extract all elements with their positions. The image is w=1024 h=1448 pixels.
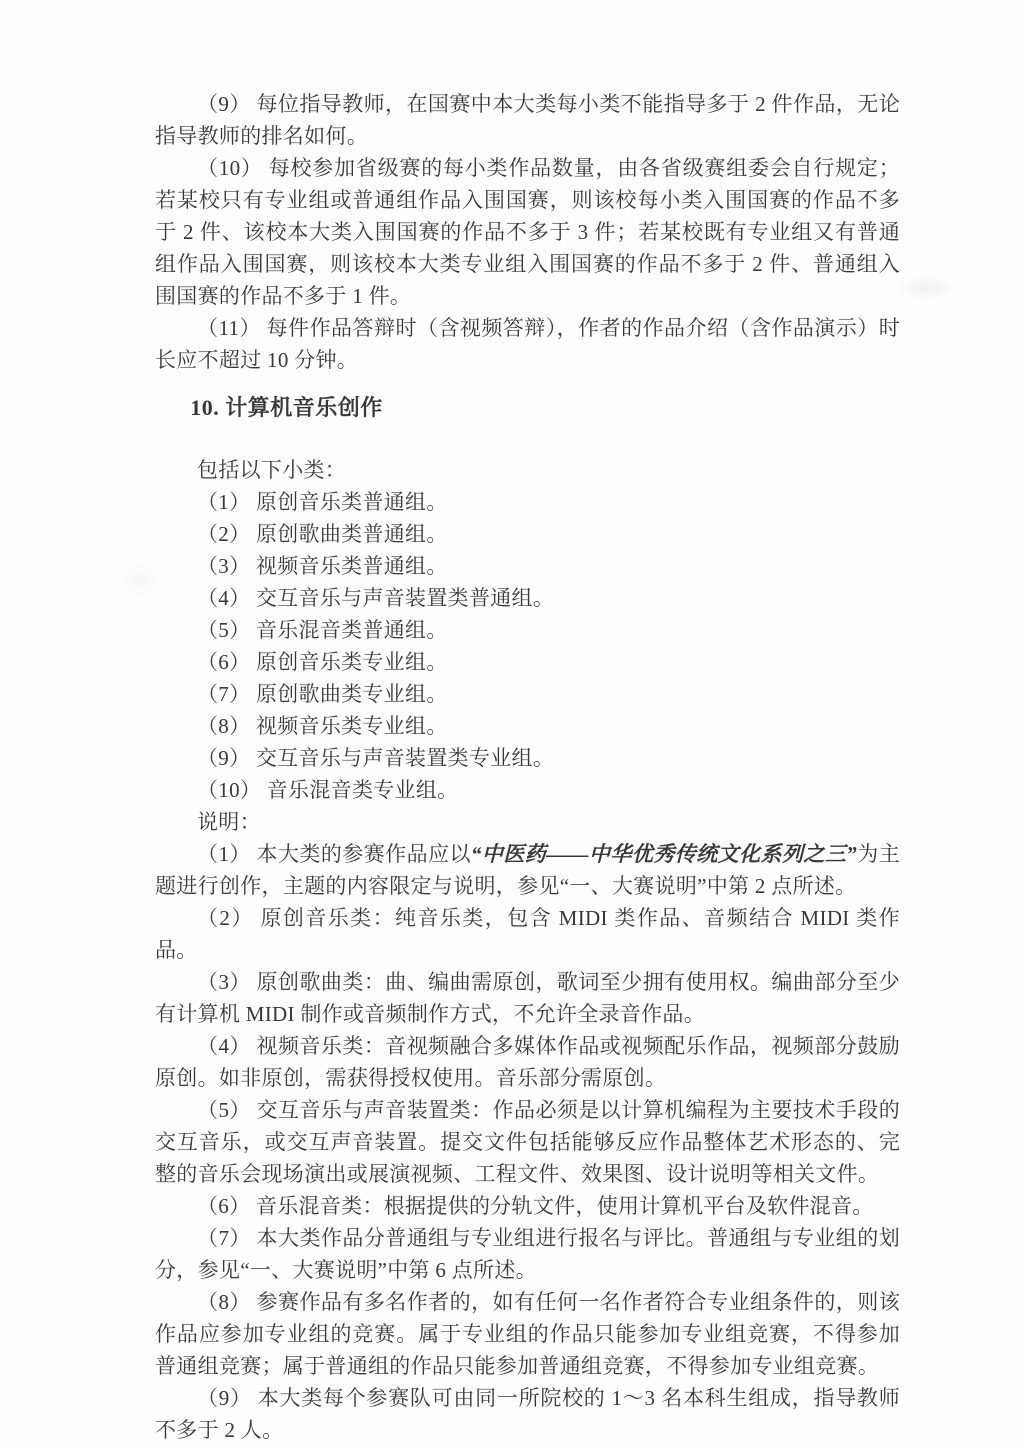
- subcategory-item-6: （6） 原创音乐类专业组。: [155, 646, 900, 678]
- paragraph-11: （11） 每件作品答辩时（含视频答辩），作者的作品介绍（含作品演示）时长应不超过…: [155, 312, 900, 376]
- note-paragraph-6: （6） 音乐混音类：根据提供的分轨文件，使用计算机平台及软件混音。: [155, 1190, 900, 1222]
- notes-label: 说明：: [155, 806, 900, 838]
- note-paragraph-7: （7） 本大类作品分普通组与专业组进行报名与评比。普通组与专业组的划分，参见“一…: [155, 1222, 900, 1286]
- subcategory-item-2: （2） 原创歌曲类普通组。: [155, 518, 900, 550]
- note-paragraph-8: （8） 参赛作品有多名作者的，如有任何一名作者符合专业组条件的，则该作品应参加专…: [155, 1286, 900, 1382]
- scan-artifact: [895, 275, 955, 301]
- scan-artifact: [120, 560, 160, 600]
- note-paragraph-9: （9） 本大类每个参赛队可由同一所院校的 1～3 名本科生组成，指导教师不多于 …: [155, 1382, 900, 1446]
- note-paragraph-3: （3） 原创歌曲类：曲、编曲需原创，歌词至少拥有使用权。编曲部分至少有计算机 M…: [155, 966, 900, 1030]
- subcategory-item-7: （7） 原创歌曲类专业组。: [155, 678, 900, 710]
- subcategory-item-8: （8） 视频音乐类专业组。: [155, 710, 900, 742]
- subcategory-item-9: （9） 交互音乐与声音装置类专业组。: [155, 742, 900, 774]
- subcategory-item-5: （5） 音乐混音类普通组。: [155, 614, 900, 646]
- page-content: （9） 每位指导教师，在国赛中本大类每小类不能指导多于 2 件作品，无论指导教师…: [155, 88, 900, 1446]
- note-paragraph-4: （4） 视频音乐类：音视频融合多媒体作品或视频配乐作品，视频部分鼓励原创。如非原…: [155, 1030, 900, 1094]
- subcategory-item-3: （3） 视频音乐类普通组。: [155, 550, 900, 582]
- paragraph-9: （9） 每位指导教师，在国赛中本大类每小类不能指导多于 2 件作品，无论指导教师…: [155, 88, 900, 152]
- note-1-pre: （1） 本大类的参赛作品应以: [197, 842, 471, 866]
- document-page: （9） 每位指导教师，在国赛中本大类每小类不能指导多于 2 件作品，无论指导教师…: [0, 0, 1024, 1448]
- section-heading: 10. 计算机音乐创作: [155, 392, 900, 424]
- subcategory-item-10: （10） 音乐混音类专业组。: [155, 774, 900, 806]
- subcategories-intro: 包括以下小类：: [155, 454, 900, 486]
- note-paragraph-5: （5） 交互音乐与声音装置类：作品必须是以计算机编程为主要技术手段的交互音乐，或…: [155, 1094, 900, 1190]
- note-1-theme-title: “中医药——中华优秀传统文化系列之三”: [471, 842, 857, 866]
- paragraph-10: （10） 每校参加省级赛的每小类作品数量，由各省级赛组委会自行规定；若某校只有专…: [155, 152, 900, 312]
- note-paragraph-1: （1） 本大类的参赛作品应以“中医药——中华优秀传统文化系列之三”为主题进行创作…: [155, 838, 900, 902]
- subcategory-item-1: （1） 原创音乐类普通组。: [155, 486, 900, 518]
- subcategory-item-4: （4） 交互音乐与声音装置类普通组。: [155, 582, 900, 614]
- note-paragraph-2: （2） 原创音乐类：纯音乐类，包含 MIDI 类作品、音频结合 MIDI 类作品…: [155, 902, 900, 966]
